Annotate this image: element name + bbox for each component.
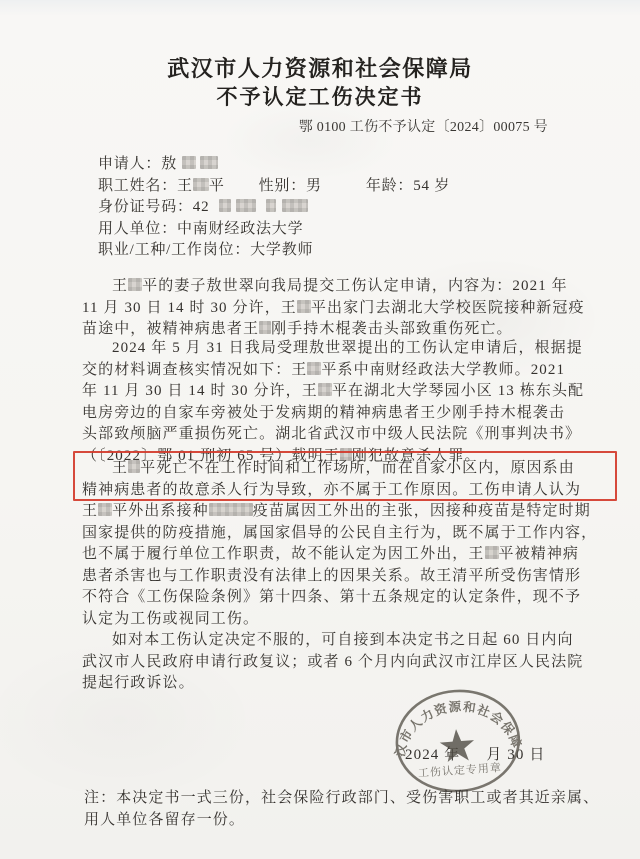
text-line: 职工姓名：王平性别：男年龄：54 岁 bbox=[98, 176, 450, 198]
redaction-mask bbox=[236, 199, 256, 212]
spacer bbox=[82, 643, 112, 644]
redaction-mask bbox=[219, 199, 231, 212]
text-line: 患者杀害也与工作职责没有法律上的因果关系。故王清平所受伤害情形 bbox=[82, 566, 602, 588]
redaction-mask bbox=[266, 199, 276, 212]
text-run: 疫苗属因工外出的主张，因接种疫苗是特定时期 bbox=[253, 503, 591, 519]
text-line: 电房旁边的自家车旁被处于发病期的精神病患者王少刚手持木棍袭击 bbox=[82, 403, 602, 425]
text-run: 精神病患者的故意杀人行为导致，亦不属于工作原因。工伤申请人认为 bbox=[82, 482, 581, 498]
text-run: 武汉市人民政府申请行政复议；或者 6 个月内向武汉市江岸区人民法院 bbox=[82, 654, 583, 670]
text-run: 国家提供的防疫措施，属国家倡导的公民自主行为，既不属于工作内容， bbox=[82, 525, 597, 541]
text-run: 头部致颅脑严重损伤死亡。湖北省武汉市中级人民法院《刑事判决书》 bbox=[82, 426, 581, 442]
text-run: 平被精神病 bbox=[499, 546, 580, 562]
document-title-organization: 武汉市人力资源和社会保障局 bbox=[0, 52, 640, 83]
text-run: 平 bbox=[209, 178, 225, 194]
text-line: 交的材料调查核实情况如下：王平系中南财经政法大学教师。2021 bbox=[82, 360, 602, 382]
text-run: 平在湖北大学琴园小区 13 栋东头配 bbox=[332, 383, 584, 399]
text-run: 刚手持木棍袭击头部致重伤死亡。 bbox=[271, 321, 513, 337]
text-run: 提起行政诉讼。 bbox=[82, 675, 195, 691]
redaction-mask bbox=[259, 321, 271, 334]
text-line: 如对本工伤认定决定不服的，可自接到本决定书之日起 60 日内向 bbox=[82, 630, 602, 652]
text-run: 年 11 月 30 日 14 时 30 分许，王 bbox=[82, 383, 318, 399]
redaction-mask bbox=[209, 503, 253, 516]
applicant-info-section: 申请人：敖 职工姓名：王平性别：男年龄：54 岁身份证号码：42用人单位：中南财… bbox=[98, 154, 450, 262]
text-line: 职业/工种/工作岗位：大学教师 bbox=[98, 240, 450, 262]
text-run: 用人单位各留存一份。 bbox=[84, 812, 245, 828]
spacer bbox=[82, 289, 112, 290]
text-line: 精神病患者的故意杀人行为导致，亦不属于工作原因。工伤申请人认为 bbox=[82, 480, 602, 502]
text-line: 11 月 30 日 14 时 30 分许，王平出家门去湖北大学校医院接种新冠疫 bbox=[82, 298, 602, 320]
text-line: 年 11 月 30 日 14 时 30 分许，王平在湖北大学琴园小区 13 栋东… bbox=[82, 381, 602, 403]
text-run: 电房旁边的自家车旁被处于发病期的精神病患者王少刚手持木棍袭击 bbox=[82, 405, 565, 421]
document-number: 鄂 0100 工伤不予认定〔2024〕00075 号 bbox=[299, 116, 548, 136]
text-run: 平的妻子敖世翠向我局提交工伤认定申请，内容为：2021 年 bbox=[142, 278, 568, 294]
text-line: 用人单位：中南财经政法大学 bbox=[98, 219, 450, 241]
text-run: 身份证号码：42 bbox=[98, 199, 209, 215]
text-run: 2024 年 5 月 31 日我局受理敖世翠提出的工伤认定申请后，根据提 bbox=[112, 340, 583, 356]
spacer bbox=[225, 189, 259, 190]
text-run: 苗途中，被精神病患者王 bbox=[82, 321, 259, 337]
text-run: 注：本决定书一式三份，社会保险行政部门、受伤害职工或者其近亲属、 bbox=[84, 790, 599, 806]
footer-note: 注：本决定书一式三份，社会保险行政部门、受伤害职工或者其近亲属、用人单位各留存一… bbox=[84, 788, 624, 831]
text-line: 申请人：敖 bbox=[98, 154, 450, 176]
text-run: 职工姓名：王 bbox=[98, 178, 193, 194]
text-line: 提起行政诉讼。 bbox=[82, 673, 602, 695]
spacer bbox=[82, 471, 112, 472]
redaction-mask bbox=[485, 546, 499, 559]
redaction-mask bbox=[98, 503, 112, 516]
text-run: 也不属于履行单位工作职责，故不能认定为因工外出，王 bbox=[82, 546, 485, 562]
redaction-mask bbox=[297, 300, 311, 313]
text-line: 注：本决定书一式三份，社会保险行政部门、受伤害职工或者其近亲属、 bbox=[84, 788, 624, 810]
text-run: 王 bbox=[112, 460, 128, 476]
text-run: 平死亡不在工作时间和工作场所，而在自家小区内，原因系由 bbox=[140, 460, 575, 476]
seal-star-icon bbox=[439, 728, 476, 763]
text-run: 交的材料调查核实情况如下：王 bbox=[82, 362, 307, 378]
text-run: 年龄：54 岁 bbox=[366, 178, 450, 194]
document-title-type: 不予认定工伤决定书 bbox=[0, 81, 640, 111]
spacer bbox=[209, 210, 219, 211]
text-line: 认定为工伤或视同工伤。 bbox=[82, 609, 602, 631]
seal-bottom-text: 工伤认定专用章 bbox=[417, 760, 502, 780]
text-line: 武汉市人民政府申请行政复议；或者 6 个月内向武汉市江岸区人民法院 bbox=[82, 652, 602, 674]
paragraph-decision-reasoning: 王平死亡不在工作时间和工作场所，而在自家小区内，原因系由精神病患者的故意杀人行为… bbox=[82, 458, 602, 630]
document-page: 武汉市人力资源和社会保障局 不予认定工伤决定书 鄂 0100 工伤不予认定〔20… bbox=[0, 0, 640, 859]
text-line: 王平外出系接种疫苗属因工外出的主张，因接种疫苗是特定时期 bbox=[82, 501, 602, 523]
text-line: 也不属于履行单位工作职责，故不能认定为因工外出，王平被精神病 bbox=[82, 544, 602, 566]
text-line: 用人单位各留存一份。 bbox=[84, 810, 624, 832]
spacer bbox=[196, 167, 200, 168]
text-run: 申请人：敖 bbox=[98, 156, 182, 172]
redaction-mask bbox=[307, 362, 321, 375]
paragraph-application-summary: 王平的妻子敖世翠向我局提交工伤认定申请，内容为：2021 年11 月 30 日 … bbox=[82, 276, 602, 341]
text-line: 国家提供的防疫措施，属国家倡导的公民自主行为，既不属于工作内容， bbox=[82, 523, 602, 545]
text-run: 不符合《工伤保险条例》第十四条、第十五条规定的认定条件，现不予 bbox=[82, 589, 581, 605]
text-line: 2024 年 5 月 31 日我局受理敖世翠提出的工伤认定申请后，根据提 bbox=[82, 338, 602, 360]
text-line: 王平的妻子敖世翠向我局提交工伤认定申请，内容为：2021 年 bbox=[82, 276, 602, 298]
text-run: 平出家门去湖北大学校医院接种新冠疫 bbox=[311, 300, 585, 316]
text-run: 用人单位：中南财经政法大学 bbox=[98, 221, 303, 237]
redaction-mask bbox=[282, 199, 308, 212]
text-line: 不符合《工伤保险条例》第十四条、第十五条规定的认定条件，现不予 bbox=[82, 587, 602, 609]
text-run: 王 bbox=[112, 278, 128, 294]
text-run: 平系中南财经政法大学教师。2021 bbox=[321, 362, 565, 378]
redaction-mask bbox=[128, 460, 140, 473]
text-line: 身份证号码：42 bbox=[98, 197, 450, 219]
text-run: 11 月 30 日 14 时 30 分许，王 bbox=[82, 300, 297, 316]
text-line: 王平死亡不在工作时间和工作场所，而在自家小区内，原因系由 bbox=[82, 458, 602, 480]
text-run: 如对本工伤认定决定不服的，可自接到本决定书之日起 60 日内向 bbox=[112, 632, 574, 648]
text-run: 认定为工伤或视同工伤。 bbox=[82, 611, 259, 627]
text-run: 王 bbox=[82, 503, 98, 519]
redaction-mask bbox=[193, 178, 209, 191]
redaction-mask bbox=[200, 156, 218, 169]
paragraph-investigation-findings: 2024 年 5 月 31 日我局受理敖世翠提出的工伤认定申请后，根据提交的材料… bbox=[82, 338, 602, 467]
text-line: 头部致颅脑严重损伤死亡。湖北省武汉市中级人民法院《刑事判决书》 bbox=[82, 424, 602, 446]
text-run: 患者杀害也与工作职责没有法律上的因果关系。故王清平所受伤害情形 bbox=[82, 568, 581, 584]
paragraph-appeal-rights: 如对本工伤认定决定不服的，可自接到本决定书之日起 60 日内向武汉市人民政府申请… bbox=[82, 630, 602, 695]
spacer bbox=[256, 210, 266, 211]
text-run: 性别：男 bbox=[259, 178, 322, 194]
text-run: 职业/工种/工作岗位：大学教师 bbox=[98, 242, 313, 258]
text-run: 平外出系接种 bbox=[112, 503, 209, 519]
spacer bbox=[82, 351, 112, 352]
redaction-mask bbox=[182, 156, 196, 169]
redaction-mask bbox=[318, 383, 332, 396]
redaction-mask bbox=[128, 278, 142, 291]
spacer bbox=[322, 189, 366, 190]
